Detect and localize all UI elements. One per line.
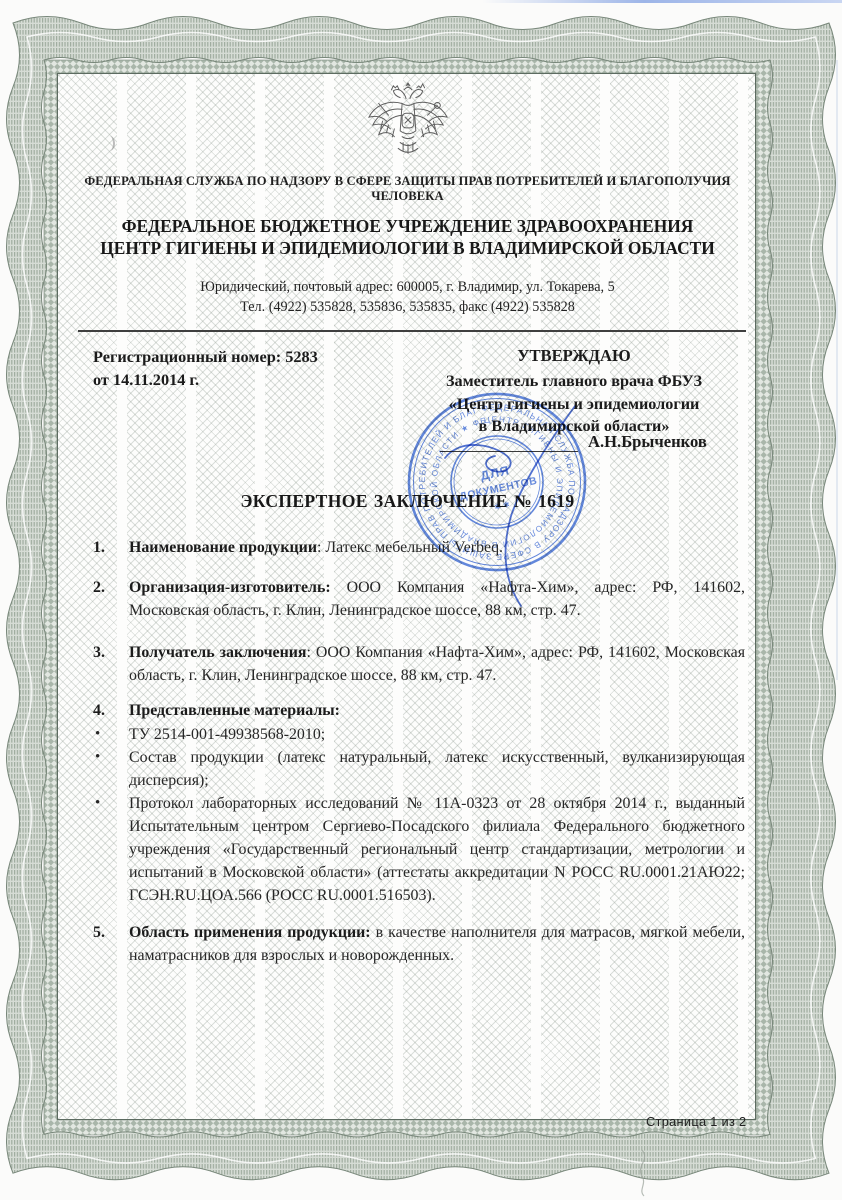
registration-date: от 14.11.2014 г. <box>93 368 318 391</box>
item-text: Представленные материалы: <box>129 699 745 722</box>
item-text: Получатель заключения: ООО Компания «Наф… <box>129 641 745 687</box>
horizontal-rule <box>78 330 746 332</box>
signature-stroke <box>425 392 605 617</box>
bullet-item: • Состав продукции (латекс натуральный, … <box>93 746 745 792</box>
double-headed-eagle-emblem-icon <box>359 81 457 167</box>
item-text: Область применения продукции: в качестве… <box>129 921 745 967</box>
items-list: 1. Наименование продукции: Латекс мебель… <box>93 536 745 968</box>
list-item: 4. Представленные материалы: <box>93 699 745 722</box>
list-item: 5. Область применения продукции: в качес… <box>93 921 745 967</box>
scanner-edge-artifact-right <box>836 60 838 680</box>
list-item: 2. Организация-изготовитель: ООО Компани… <box>93 576 745 622</box>
phone-line: Тел. (4922) 535828, 535836, 535835, факс… <box>57 297 758 317</box>
item-number: 5. <box>93 921 129 967</box>
bullet-item: • Протокол лабораторных исследований № 1… <box>93 792 745 907</box>
list-item: 3. Получатель заключения: ООО Компания «… <box>93 641 745 687</box>
item-number: 4. <box>93 699 129 722</box>
bullet-marker: • <box>93 723 129 746</box>
registration-number: Регистрационный номер: 5283 <box>93 345 318 368</box>
signer-name: А.Н.Брыченков <box>588 432 707 452</box>
item-number: 2. <box>93 576 129 622</box>
certificate-page: ФЕДЕРАЛЬНАЯ СЛУЖБА ПО НАДЗОРУ В СФЕРЕ ЗА… <box>0 0 842 1200</box>
organization-name-line2: ЦЕНТР ГИГИЕНЫ И ЭПИДЕМИОЛОГИИ В ВЛАДИМИР… <box>57 238 758 260</box>
agency-name: ФЕДЕРАЛЬНАЯ СЛУЖБА ПО НАДЗОРУ В СФЕРЕ ЗА… <box>57 174 758 204</box>
document-content: ФЕДЕРАЛЬНАЯ СЛУЖБА ПО НАДЗОРУ В СФЕРЕ ЗА… <box>57 73 758 438</box>
bullet-marker: • <box>93 792 129 907</box>
item-number: 1. <box>93 536 129 559</box>
bullet-item: • ТУ 2514-001-49938568-2010; <box>93 723 745 746</box>
scanner-edge-artifact-top <box>482 0 842 3</box>
address-line: Юридический, почтовый адрес: 600005, г. … <box>57 277 758 297</box>
contact-block: Юридический, почтовый адрес: 600005, г. … <box>57 277 758 317</box>
approval-label: УТВЕРЖДАЮ <box>398 345 750 368</box>
registration-block: Регистрационный номер: 5283 от 14.11.201… <box>93 345 318 438</box>
organization-name-line1: ФЕДЕРАЛЬНОЕ БЮДЖЕТНОЕ УЧРЕЖДЕНИЕ ЗДРАВОО… <box>57 216 758 238</box>
page-number: Страница 1 из 2 <box>646 1114 746 1129</box>
item-number: 3. <box>93 641 129 687</box>
organization-name: ФЕДЕРАЛЬНОЕ БЮДЖЕТНОЕ УЧРЕЖДЕНИЕ ЗДРАВОО… <box>57 216 758 260</box>
bullet-marker: • <box>93 746 129 792</box>
stray-pen-mark <box>630 1148 670 1198</box>
